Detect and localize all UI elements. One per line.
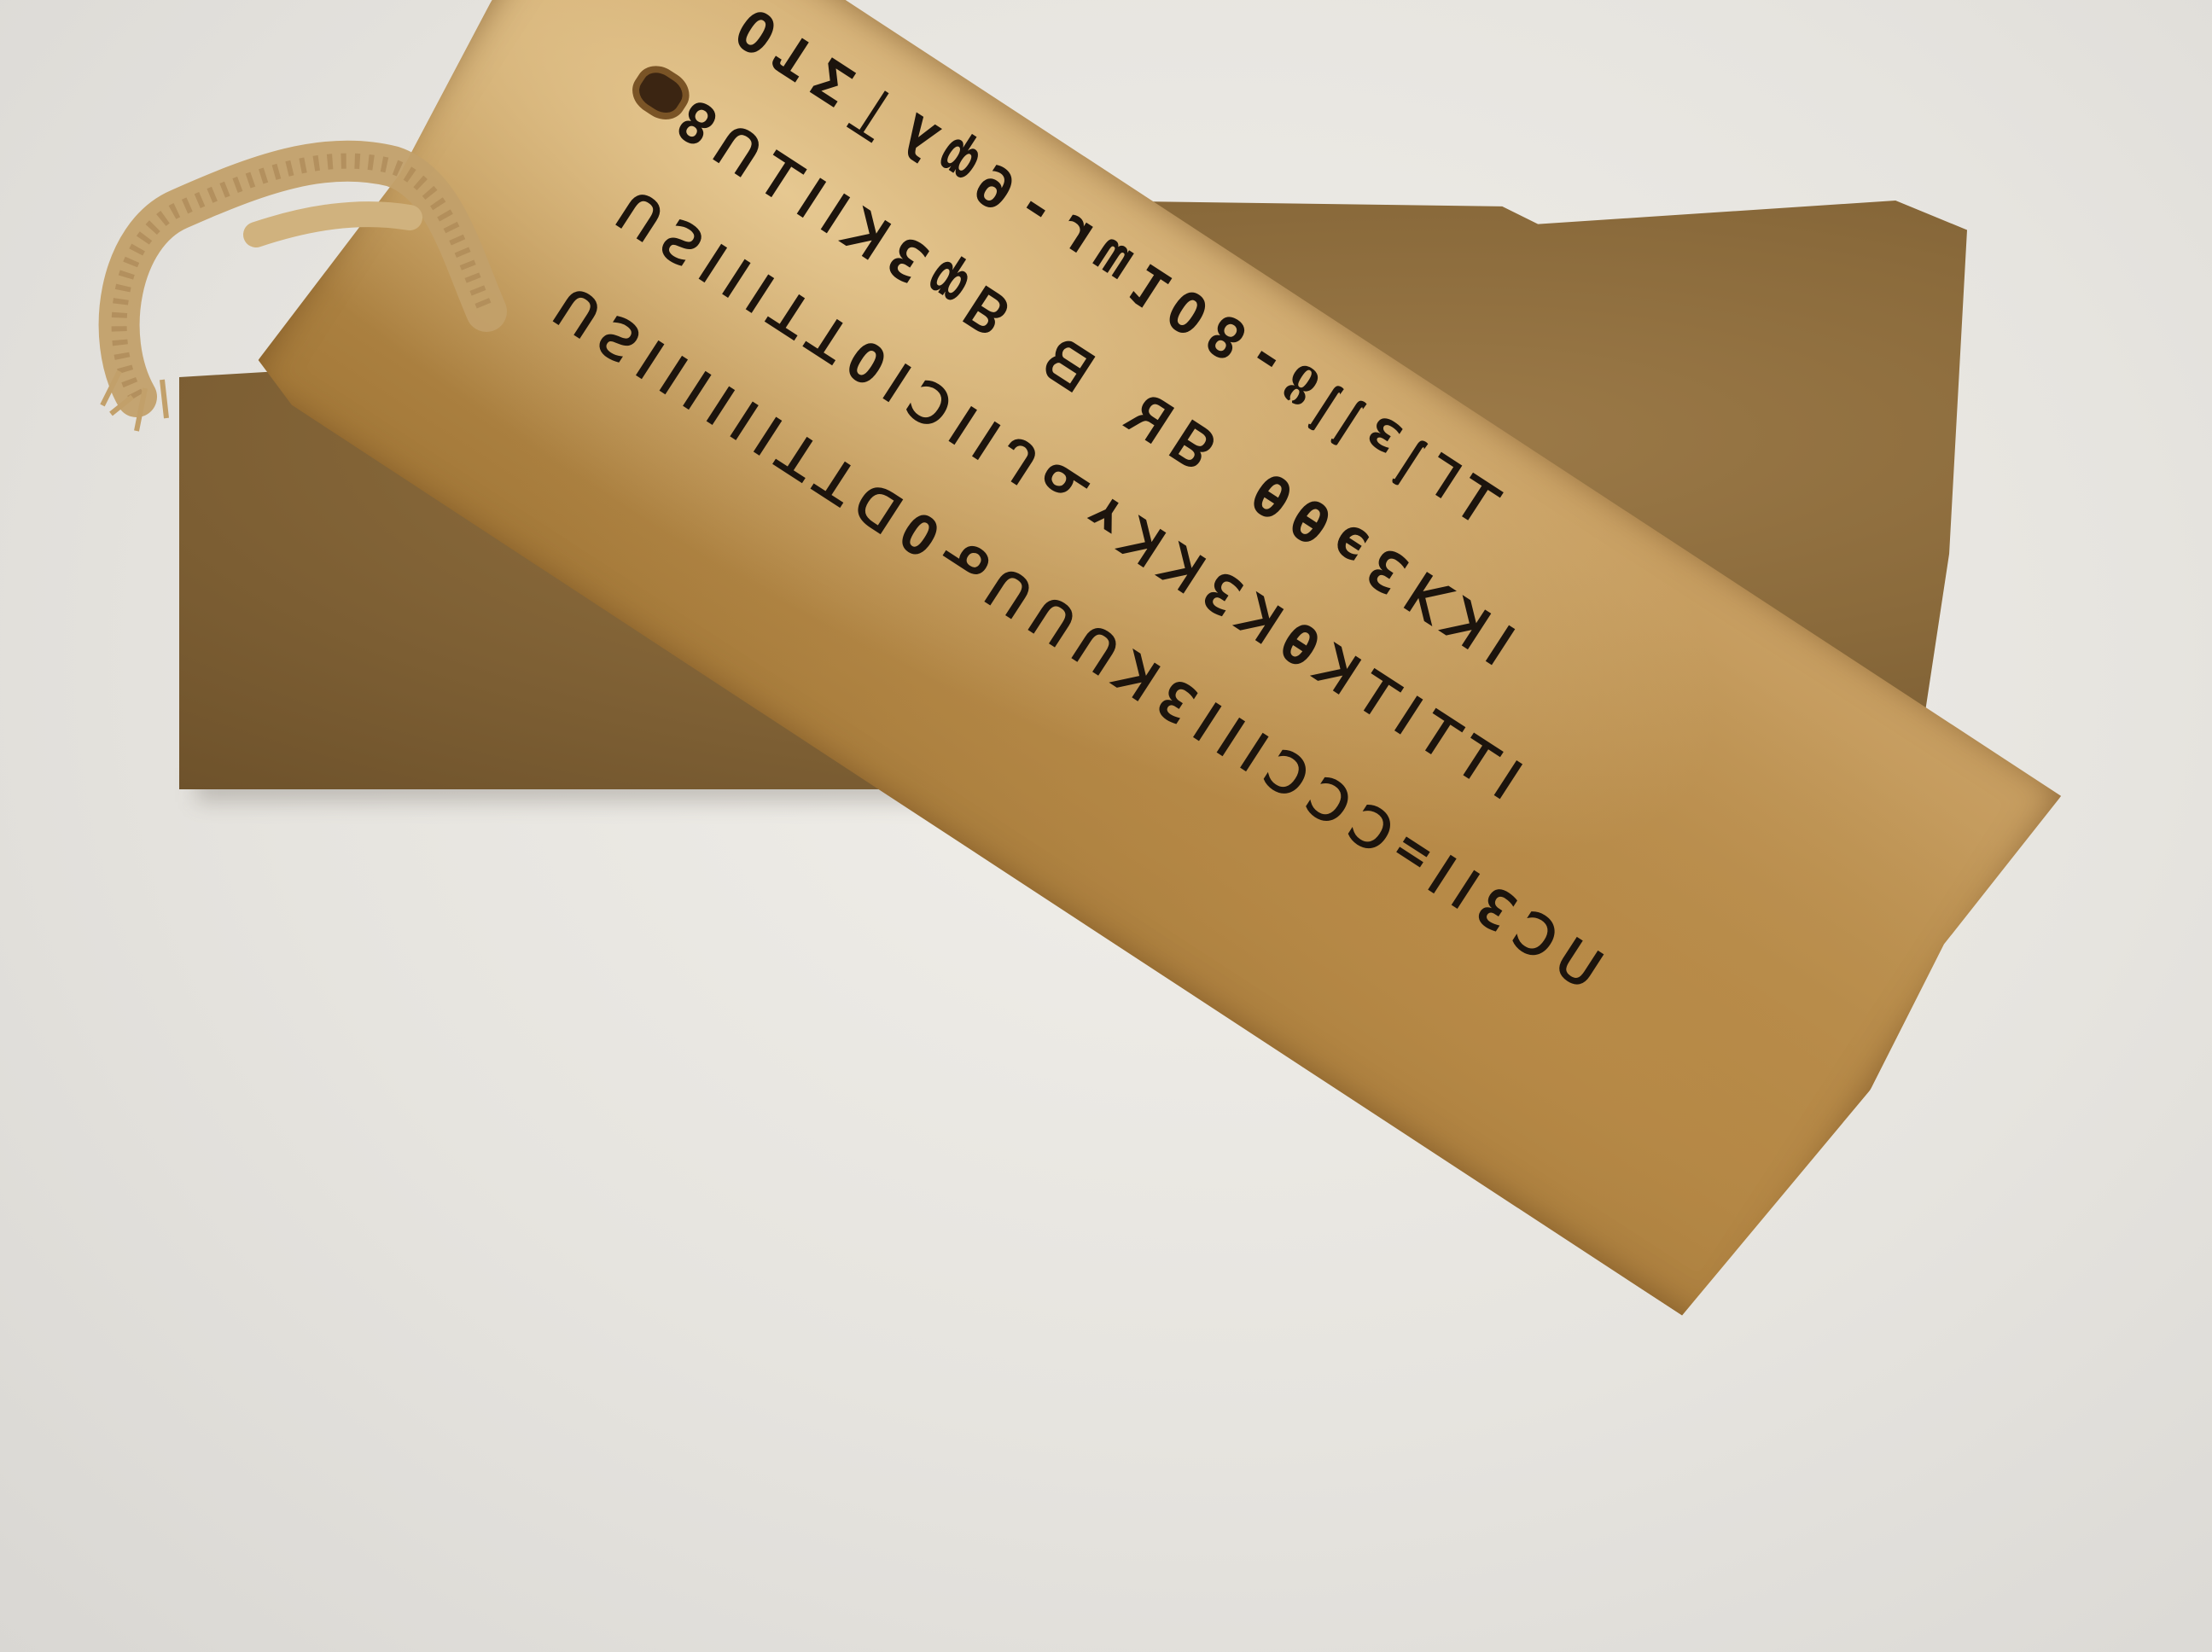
script-line-2: 8ᑌꓕꓲꓲꓘƐȹꓐ ᗺ ꓤꓐ ϴϴϵƐꓗꓘꓲ <box>666 84 1537 682</box>
string-hole <box>633 67 688 119</box>
string-loop <box>85 115 512 439</box>
